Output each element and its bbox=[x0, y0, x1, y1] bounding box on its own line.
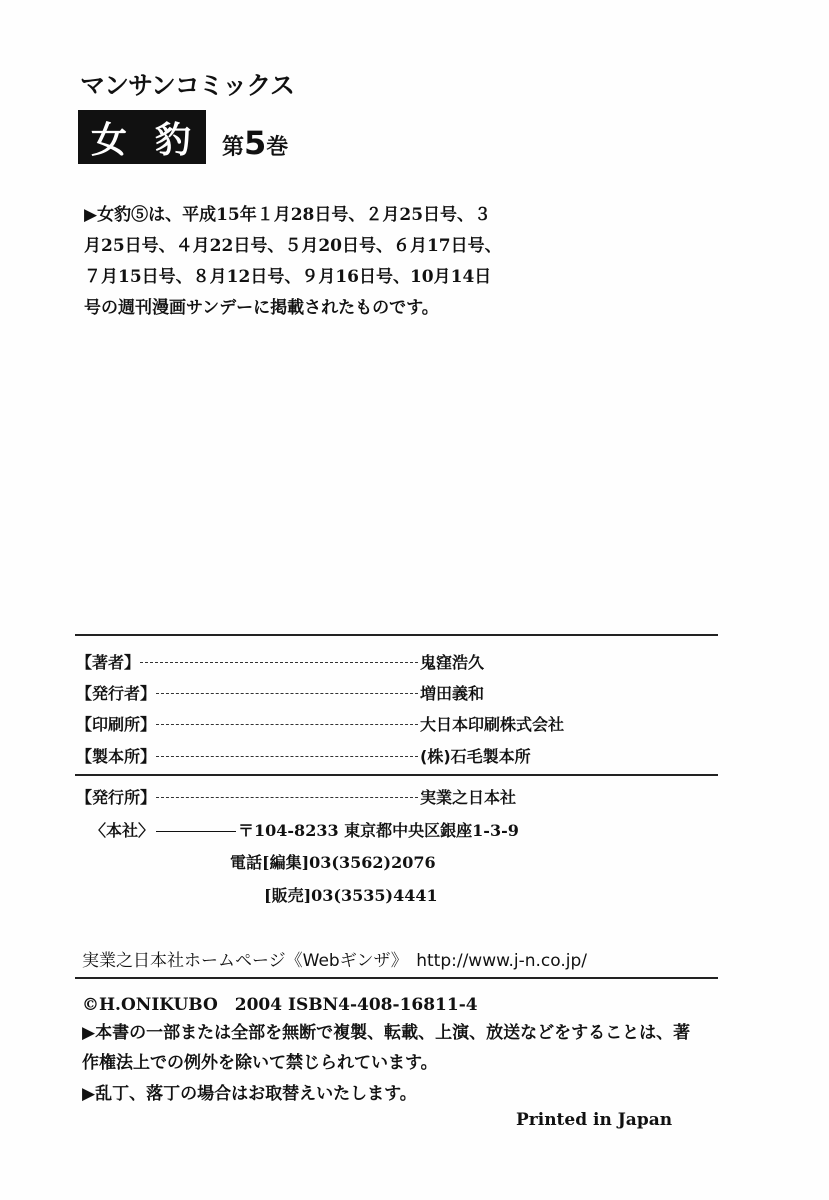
address-label: 〈本社〉 bbox=[90, 821, 154, 840]
credit-row-publishing-house: 【発行所】 実業之日本社 bbox=[76, 785, 516, 808]
copy-prohibition-note: ▶本書の一部または全部を無断で複製、転載、上演、放送などをすることは、著作権法上… bbox=[82, 1018, 692, 1078]
credit-label: 【発行所】 bbox=[76, 785, 156, 808]
volume-number: 5 bbox=[244, 124, 266, 162]
volume-label: 第5巻 bbox=[222, 124, 288, 162]
address-location: 東京都中央区銀座1-3-9 bbox=[344, 821, 519, 840]
phone-editorial: 電話[編集]03(3562)2076 bbox=[230, 850, 436, 873]
credit-value: (株)石毛製本所 bbox=[420, 744, 531, 767]
volume-prefix: 第 bbox=[222, 135, 244, 160]
credit-value: 増田義和 bbox=[420, 681, 484, 704]
title-char: 豹 bbox=[155, 112, 193, 163]
series-name: マンサンコミックス bbox=[80, 66, 294, 102]
credit-label: 【発行者】 bbox=[76, 681, 156, 704]
book-title: 女 豹 bbox=[78, 110, 206, 164]
phone-sales: [販売]03(3535)4441 bbox=[264, 883, 438, 906]
credit-value: 大日本印刷株式会社 bbox=[420, 712, 564, 735]
title-char: 女 bbox=[91, 112, 129, 163]
publication-note: ▶女豹⑤は、平成15年１月28日号、２月25日号、３月25日号、４月22日号、５… bbox=[84, 200, 504, 324]
divider bbox=[75, 977, 718, 979]
credit-label: 【著者】 bbox=[76, 650, 140, 673]
volume-suffix: 巻 bbox=[266, 135, 288, 160]
credit-row-binder: 【製本所】 (株)石毛製本所 bbox=[76, 744, 531, 767]
leader-dots bbox=[156, 693, 418, 694]
credit-row-printer: 【印刷所】 大日本印刷株式会社 bbox=[76, 712, 564, 735]
replacement-note: ▶乱丁、落丁の場合はお取替えいたします。 bbox=[82, 1079, 417, 1109]
printed-in-japan: Printed in Japan bbox=[516, 1110, 672, 1130]
divider bbox=[75, 774, 718, 776]
homepage-link: 実業之日本社ホームページ《Webギンザ》 http://www.j-n.co.j… bbox=[82, 946, 587, 971]
credit-value: 実業之日本社 bbox=[420, 785, 516, 808]
credit-row-publisher: 【発行者】 増田義和 bbox=[76, 681, 484, 704]
credit-label: 【印刷所】 bbox=[76, 712, 156, 735]
head-office-address: 〈本社〉〒104-8233 東京都中央区銀座1-3-9 bbox=[90, 818, 519, 841]
postal-code: 〒104-8233 bbox=[238, 821, 339, 840]
leader-dots bbox=[140, 662, 418, 663]
leader-dots bbox=[156, 797, 418, 798]
divider bbox=[75, 634, 718, 636]
leader-dots bbox=[156, 724, 418, 725]
copyright-isbn: ©H.ONIKUBO 2004 ISBN4-408-16811-4 bbox=[82, 990, 478, 1015]
leader-dots bbox=[156, 756, 418, 757]
credit-row-author: 【著者】 鬼窪浩久 bbox=[76, 650, 484, 673]
credit-label: 【製本所】 bbox=[76, 744, 156, 767]
address-rule bbox=[156, 831, 236, 832]
credit-value: 鬼窪浩久 bbox=[420, 650, 484, 673]
